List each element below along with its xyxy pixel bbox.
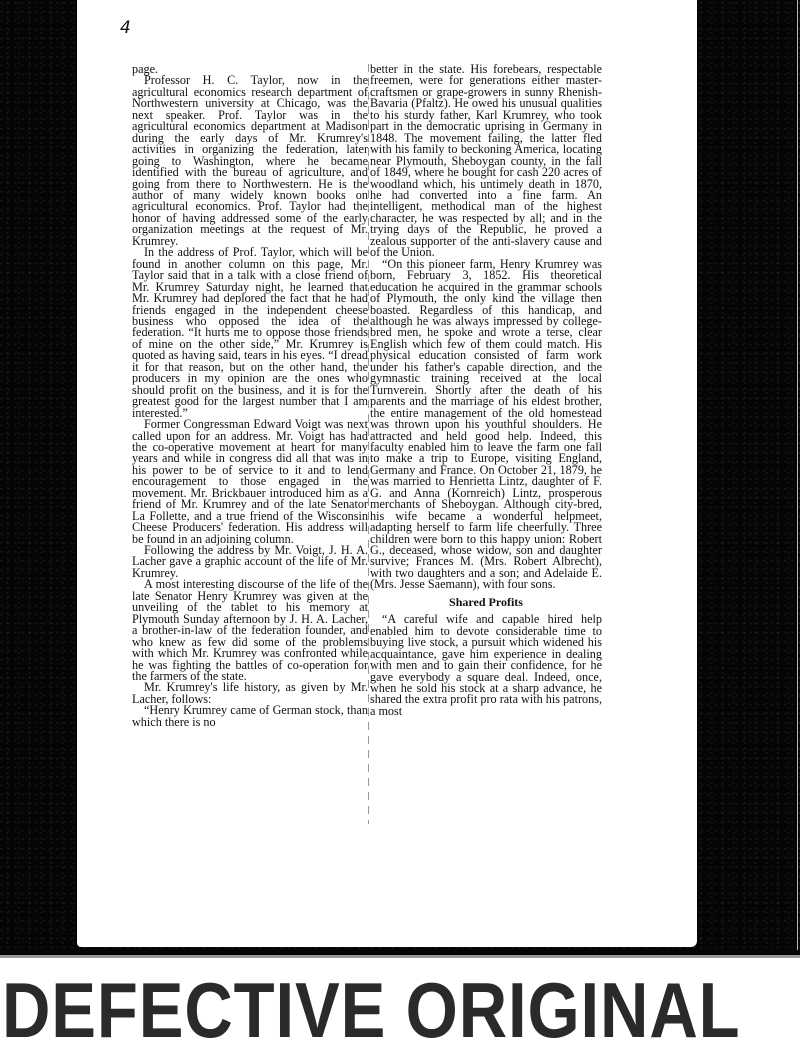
- article-paragraph: “Henry Krumrey came of German stock, tha…: [132, 705, 368, 728]
- article-paragraph: better in the state. His forebears, resp…: [370, 64, 602, 259]
- defective-original-banner: DEFECTIVE ORIGINAL: [0, 955, 800, 1058]
- column-divider: [368, 64, 369, 824]
- article-paragraph: A most interesting discourse of the life…: [132, 579, 368, 682]
- article-paragraph: Mr. Krumrey's life history, as given by …: [132, 682, 368, 705]
- document-page: 4 page.Professor H. C. Taylor, now in th…: [77, 0, 697, 947]
- scan-edge-line: [797, 0, 798, 950]
- section-subheading: Shared Profits: [370, 597, 602, 608]
- article-paragraph: In the address of Prof. Taylor, which wi…: [132, 247, 368, 419]
- banner-text: DEFECTIVE ORIGINAL: [2, 964, 687, 1056]
- page-number: 4: [120, 18, 131, 38]
- article-paragraph: “On this pioneer farm, Henry Krumrey was…: [370, 259, 602, 591]
- article-column-right: better in the state. His forebears, resp…: [370, 64, 602, 717]
- article-paragraph: Professor H. C. Taylor, now in the agric…: [132, 75, 368, 247]
- article-paragraph: Former Congressman Edward Voigt was next…: [132, 419, 368, 545]
- article-paragraph: “A careful wife and capable hired help e…: [370, 614, 602, 717]
- article-column-left: page.Professor H. C. Taylor, now in the …: [132, 64, 368, 728]
- article-paragraph: Following the address by Mr. Voigt, J. H…: [132, 545, 368, 579]
